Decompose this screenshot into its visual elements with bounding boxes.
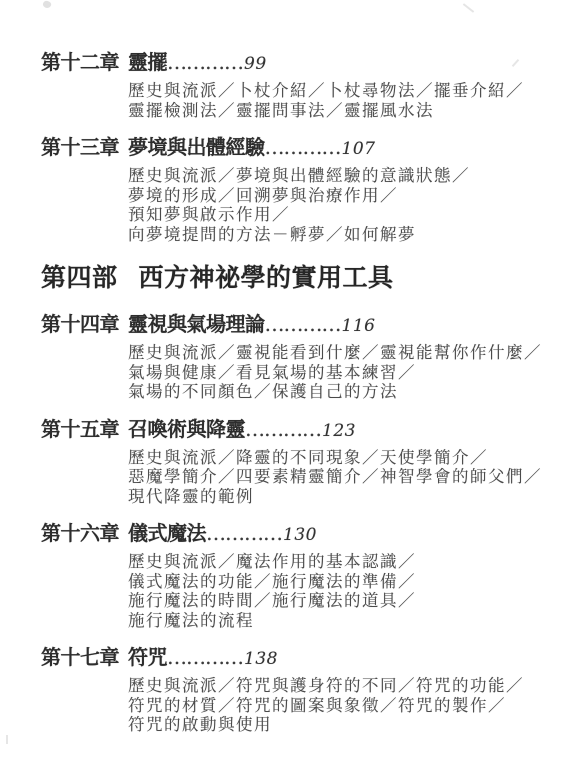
toc-chapter-15: 第十五章召喚術與降靈…………123 歷史與流派／降靈的不同現象／天使學簡介／ 惡… xyxy=(41,419,541,507)
part-heading: 第四部西方神祕學的實用工具 xyxy=(41,264,541,292)
page-number: 107 xyxy=(342,139,376,159)
subtopic-line: 歷史與流派／卜杖介紹／卜杖尋物法／擺垂介紹／ xyxy=(128,81,541,101)
chapter-subtopics: 歷史與流派／降靈的不同現象／天使學簡介／ 惡魔學簡介／四要素精靈簡介／神智學會的… xyxy=(128,448,541,507)
chapter-title: 靈擺 xyxy=(128,50,167,74)
subtopic-line: 歷史與流派／魔法作用的基本認識／ xyxy=(128,552,541,572)
chapter-subtopics: 歷史與流派／靈視能看到什麼／靈視能幫你作什麼／ 氣場與健康／看見氣場的基本練習／… xyxy=(128,343,541,402)
scan-artifact xyxy=(463,3,474,13)
chapter-subtopics: 歷史與流派／魔法作用的基本認識／ 儀式魔法的功能／施行魔法的準備／ 施行魔法的時… xyxy=(128,552,541,630)
subtopic-line: 歷史與流派／靈視能看到什麼／靈視能幫你作什麼／ xyxy=(128,343,541,363)
chapter-label: 第十三章 xyxy=(41,135,119,159)
chapter-title: 夢境與出體經驗 xyxy=(128,135,265,159)
subtopic-line: 施行魔法的時間／施行魔法的道具／ xyxy=(128,591,541,611)
chapter-title: 召喚術與降靈 xyxy=(128,417,245,441)
leader-dots: ………… xyxy=(167,645,243,669)
subtopic-line: 施行魔法的流程 xyxy=(128,611,541,631)
chapter-title: 靈視與氣場理論 xyxy=(128,312,265,336)
chapter-heading: 第十二章靈擺…………99 xyxy=(41,52,541,75)
subtopic-line: 儀式魔法的功能／施行魔法的準備／ xyxy=(128,572,541,592)
chapter-heading: 第十六章儀式魔法…………130 xyxy=(41,523,541,546)
page-number: 130 xyxy=(283,525,317,545)
toc-chapter-12: 第十二章靈擺…………99 歷史與流派／卜杖介紹／卜杖尋物法／擺垂介紹／ 靈擺檢測… xyxy=(41,52,541,120)
subtopic-line: 向夢境提問的方法－孵夢／如何解夢 xyxy=(128,225,541,245)
chapter-label: 第十二章 xyxy=(41,50,119,74)
chapter-heading: 第十五章召喚術與降靈…………123 xyxy=(41,419,541,442)
part-label: 第四部 xyxy=(41,263,118,292)
chapter-label: 第十六章 xyxy=(41,521,119,545)
subtopic-line: 歷史與流派／夢境與出體經驗的意識狀態／ xyxy=(128,166,541,186)
scan-artifact xyxy=(42,0,52,9)
toc-chapter-14: 第十四章靈視與氣場理論…………116 歷史與流派／靈視能看到什麼／靈視能幫你作什… xyxy=(41,314,541,402)
scanned-book-page: 第十二章靈擺…………99 歷史與流派／卜杖介紹／卜杖尋物法／擺垂介紹／ 靈擺檢測… xyxy=(0,0,563,759)
subtopic-line: 惡魔學簡介／四要素精靈簡介／神智學會的師父們／ xyxy=(128,467,541,487)
toc-chapter-17: 第十七章符咒…………138 歷史與流派／符咒與護身符的不同／符咒的功能／ 符咒的… xyxy=(41,647,541,735)
page-number: 99 xyxy=(244,54,267,74)
subtopic-line: 符咒的材質／符咒的圖案與象徵／符咒的製作／ xyxy=(128,696,541,716)
subtopic-line: 歷史與流派／降靈的不同現象／天使學簡介／ xyxy=(128,448,541,468)
page-number: 116 xyxy=(342,316,376,336)
page-number: 123 xyxy=(322,421,356,441)
toc-chapter-13: 第十三章夢境與出體經驗…………107 歷史與流派／夢境與出體經驗的意識狀態／ 夢… xyxy=(41,137,541,244)
chapter-label: 第十七章 xyxy=(41,645,119,669)
table-of-contents: 第十二章靈擺…………99 歷史與流派／卜杖介紹／卜杖尋物法／擺垂介紹／ 靈擺檢測… xyxy=(41,52,541,752)
chapter-title: 符咒 xyxy=(128,645,167,669)
leader-dots: ………… xyxy=(245,417,321,441)
chapter-heading: 第十四章靈視與氣場理論…………116 xyxy=(41,314,541,337)
chapter-label: 第十四章 xyxy=(41,312,119,336)
subtopic-line: 歷史與流派／符咒與護身符的不同／符咒的功能／ xyxy=(128,676,541,696)
chapter-subtopics: 歷史與流派／符咒與護身符的不同／符咒的功能／ 符咒的材質／符咒的圖案與象徵／符咒… xyxy=(128,676,541,735)
subtopic-line: 現代降靈的範例 xyxy=(128,487,541,507)
chapter-subtopics: 歷史與流派／夢境與出體經驗的意識狀態／ 夢境的形成／回溯夢與治療作用／ 預知夢與… xyxy=(128,166,541,244)
chapter-label: 第十五章 xyxy=(41,417,119,441)
leader-dots: ………… xyxy=(206,521,282,545)
subtopic-line: 符咒的啟動與使用 xyxy=(128,715,541,735)
subtopic-line: 氣場與健康／看見氣場的基本練習／ xyxy=(128,363,541,383)
subtopic-line: 預知夢與啟示作用／ xyxy=(128,205,541,225)
page-number: 138 xyxy=(244,649,278,669)
leader-dots: ………… xyxy=(265,312,341,336)
subtopic-line: 氣場的不同顏色／保護自己的方法 xyxy=(128,382,541,402)
leader-dots: ………… xyxy=(265,135,341,159)
chapter-title: 儀式魔法 xyxy=(128,521,206,545)
chapter-subtopics: 歷史與流派／卜杖介紹／卜杖尋物法／擺垂介紹／ 靈擺檢測法／靈擺問事法／靈擺風水法 xyxy=(128,81,541,120)
chapter-heading: 第十三章夢境與出體經驗…………107 xyxy=(41,137,541,160)
scan-artifact xyxy=(6,735,8,744)
part-title: 西方神祕學的實用工具 xyxy=(139,263,394,292)
subtopic-line: 夢境的形成／回溯夢與治療作用／ xyxy=(128,186,541,206)
leader-dots: ………… xyxy=(167,50,243,74)
chapter-heading: 第十七章符咒…………138 xyxy=(41,647,541,670)
toc-chapter-16: 第十六章儀式魔法…………130 歷史與流派／魔法作用的基本認識／ 儀式魔法的功能… xyxy=(41,523,541,630)
subtopic-line: 靈擺檢測法／靈擺問事法／靈擺風水法 xyxy=(128,101,541,121)
